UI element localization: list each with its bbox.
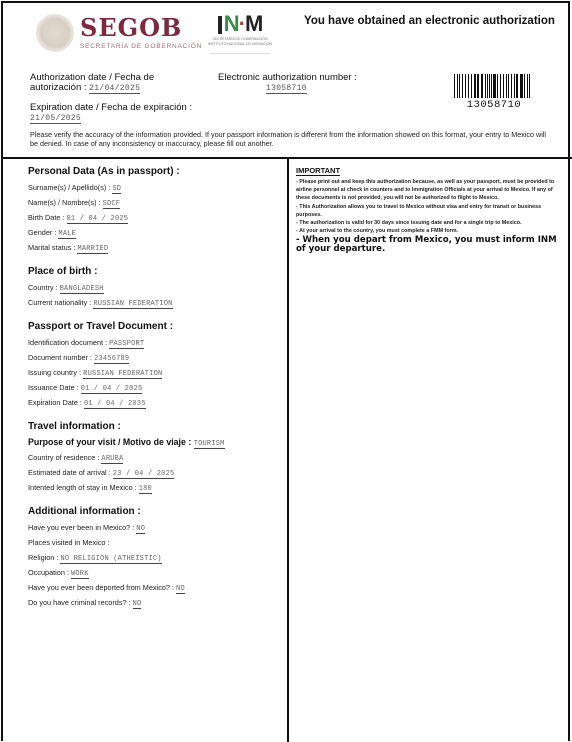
- arrival-date-row: Estimated date of arrival : 23 / 04 / 20…: [28, 465, 283, 480]
- travel-section: Travel information : Purpose of your vis…: [28, 419, 283, 495]
- deported-row: Have you ever been deported from Mexico?…: [28, 580, 283, 595]
- purpose-row: Purpose of your visit / Motivo de viaje …: [28, 435, 283, 450]
- name-row: Name(s) / Nombre(s) : SDCF: [28, 195, 283, 210]
- section-title: Additional information :: [28, 504, 283, 520]
- birth-date-value: 01 / 04 / 2025: [67, 215, 129, 224]
- length-of-stay-row: Intented length of stay in Mexico : 180: [28, 480, 283, 495]
- marital-status-value: MARRIED: [77, 245, 108, 254]
- religion-row: Religion : NO RELIGION (ATHEISTIC): [28, 550, 283, 565]
- id-document-value: PASSPORT: [109, 340, 144, 349]
- segob-logo: SEGOB SECRETARÍA DE GOBERNACIÓN: [36, 14, 202, 52]
- vertical-divider: [287, 158, 289, 742]
- section-title: Travel information :: [28, 419, 283, 435]
- residence-value: ARUBA: [101, 455, 123, 464]
- authorization-date: Authorization date / Fecha de autorizaci…: [30, 73, 190, 94]
- residence-row: Country of residence : ARUBA: [28, 450, 283, 465]
- purpose-value: TOURISM: [194, 440, 225, 449]
- verification-notice: Please verify the accuracy of the inform…: [30, 131, 555, 148]
- barcode-icon: [454, 74, 534, 98]
- mexican-seal-icon: [36, 14, 74, 52]
- name-value: SDCF: [103, 200, 121, 209]
- document-number-row: Document number : 23456789: [28, 350, 283, 365]
- barcode: 13058710: [454, 74, 534, 111]
- arrival-date-value: 23 / 04 / 2025: [113, 470, 175, 479]
- authorization-date-value: 21/04/2025: [89, 84, 140, 94]
- birth-country-row: Country : BANGLADESH: [28, 280, 283, 295]
- gender-row: Gender : MALE: [28, 225, 283, 240]
- occupation-row: Occupation : WORK: [28, 565, 283, 580]
- issuance-date-value: 01 / 04 / 2025: [81, 385, 143, 394]
- expiration-date-row: Expiration Date : 01 / 04 / 2035: [28, 395, 283, 410]
- religion-value: NO RELIGION (ATHEISTIC): [60, 555, 161, 564]
- additional-info-section: Additional information : Have you ever b…: [28, 504, 283, 610]
- nationality-value: RUSSIAN FEDERATION: [93, 300, 172, 309]
- birth-country-value: BANGLADESH: [60, 285, 104, 294]
- important-note-3: - The authorization is valid for 30 days…: [296, 219, 568, 227]
- surname-value: SD: [112, 185, 121, 194]
- authorization-number-label: Electronic authorization number :: [218, 73, 378, 83]
- inm-subtitle-2: INSTITUTO NACIONAL DE MIGRACIÓN: [200, 42, 280, 47]
- marital-status-row: Marital status : MARRIED: [28, 240, 283, 255]
- been-in-mexico-value: NO: [136, 525, 145, 534]
- section-title: Passport or Travel Document :: [28, 319, 283, 335]
- important-note-1: - Please print out and keep this authori…: [296, 178, 568, 203]
- important-note-5: - When you depart from Mexico, you must …: [296, 236, 568, 254]
- important-notes-column: IMPORTANT - Please print out and keep th…: [296, 160, 568, 254]
- occupation-value: WORK: [71, 570, 89, 579]
- birth-date-row: Birth Date : 01 / 04 / 2025: [28, 210, 283, 225]
- segob-subtitle: SECRETARÍA DE GOBERNACIÓN: [80, 43, 202, 50]
- length-of-stay-value: 180: [139, 485, 152, 494]
- gender-value: MALE: [58, 230, 76, 239]
- expiration-date-value: 21/05/2025: [30, 114, 81, 124]
- page-title: You have obtained an electronic authoriz…: [304, 15, 555, 27]
- places-visited-row: Places visited in Mexico :: [28, 535, 283, 550]
- passport-section: Passport or Travel Document : Identifica…: [28, 319, 283, 410]
- important-note-4: - At your arrival to the country, you mu…: [296, 227, 568, 235]
- section-title: Personal Data (As in passport) :: [28, 164, 283, 180]
- expiration-date-label: Expiration date / Fecha de expiración :: [30, 103, 230, 113]
- been-in-mexico-row: Have you ever been in Mexico? : NO: [28, 520, 283, 535]
- surname-row: Surname(s) / Apellido(s) : SD: [28, 180, 283, 195]
- issuance-date-row: Issuance Date : 01 / 04 / 2025: [28, 380, 283, 395]
- personal-data-section: Personal Data (As in passport) : Surname…: [28, 164, 283, 255]
- inm-logo: N·M SECRETARÍA DE GOBERNACIÓN INSTITUTO …: [200, 12, 280, 54]
- authorization-number: Electronic authorization number : 130587…: [218, 73, 378, 94]
- passport-expiration-value: 01 / 04 / 2035: [84, 400, 146, 409]
- segob-title: SEGOB: [80, 16, 202, 40]
- inm-logo-icon: N·M: [200, 12, 280, 34]
- id-document-row: Identification document : PASSPORT: [28, 335, 283, 350]
- applicant-data-column: Personal Data (As in passport) : Surname…: [28, 164, 283, 610]
- important-title: IMPORTANT: [296, 166, 340, 176]
- expiration-date: Expiration date / Fecha de expiración : …: [30, 103, 230, 124]
- document-header: SEGOB SECRETARÍA DE GOBERNACIÓN N·M SECR…: [0, 0, 572, 158]
- issuing-country-row: Issuing country : RUSSIAN FEDERATION: [28, 365, 283, 380]
- criminal-records-row: Do you have criminal records? : NO: [28, 595, 283, 610]
- criminal-records-value: NO: [133, 600, 142, 609]
- deported-value: NO: [176, 585, 185, 594]
- nationality-row: Current nationality : RUSSIAN FEDERATION: [28, 295, 283, 310]
- barcode-number: 13058710: [454, 99, 534, 111]
- important-note-2: - This Authorization allows you to trave…: [296, 203, 568, 219]
- authorization-number-value: 13058710: [266, 84, 307, 94]
- section-title: Place of birth :: [28, 264, 283, 280]
- document-number-value: 23456789: [94, 355, 129, 364]
- issuing-country-value: RUSSIAN FEDERATION: [83, 370, 162, 379]
- place-of-birth-section: Place of birth : Country : BANGLADESH Cu…: [28, 264, 283, 310]
